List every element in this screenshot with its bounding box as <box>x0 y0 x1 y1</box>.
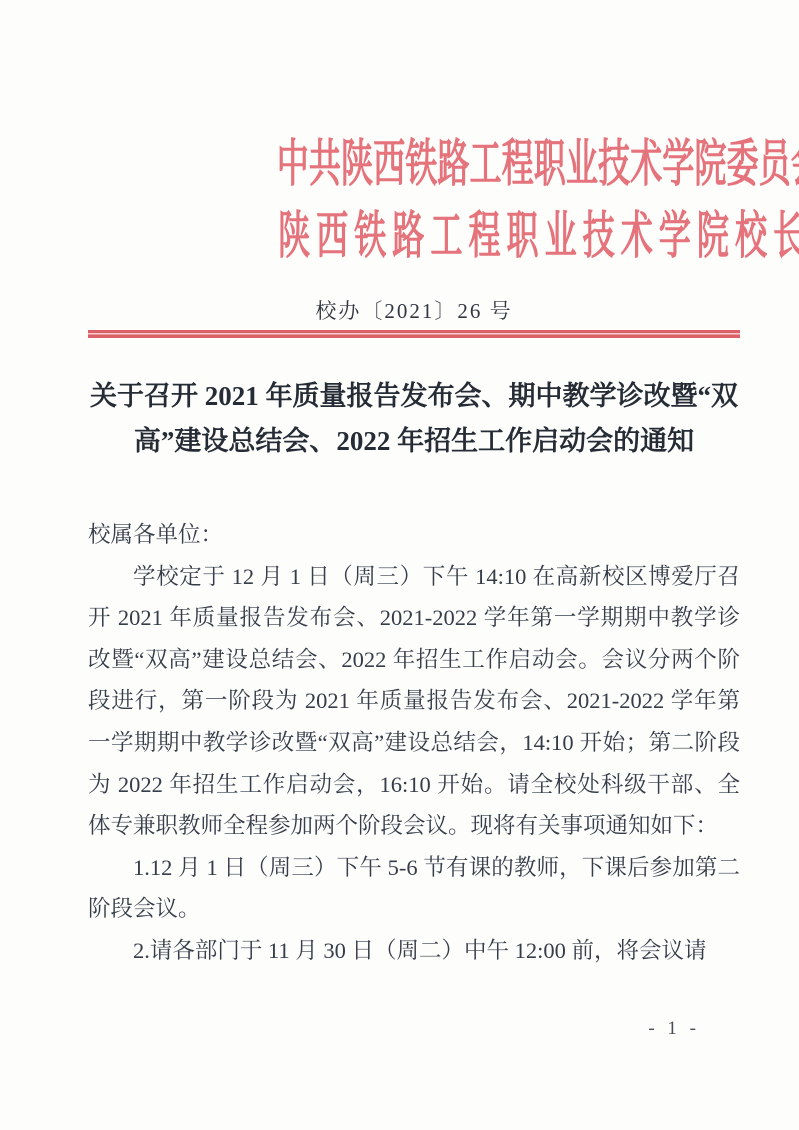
salutation: 校属各单位： <box>88 514 740 556</box>
paragraph-item-2: 2.请各部门于 11 月 30 日（周二）中午 12:00 前，将会议请 <box>88 930 740 972</box>
page-number: - 1 - <box>648 1018 700 1040</box>
red-letterhead: 中共陕西铁路工程职业技术学院委员会办公室 陕西铁路工程职业技术学院校长办公室 <box>88 140 740 274</box>
title-line-1: 关于召开 2021 年质量报告发布会、期中教学诊改暨“双 <box>88 374 740 419</box>
letterhead-line-2: 陕西铁路工程职业技术学院校长办公室 <box>88 212 740 274</box>
document-number: 校办〔2021〕26 号 <box>88 298 740 324</box>
document-content: 中共陕西铁路工程职业技术学院委员会办公室 陕西铁路工程职业技术学院校长办公室 校… <box>0 0 799 972</box>
document-page: 中共陕西铁路工程职业技术学院委员会办公室 陕西铁路工程职业技术学院校长办公室 校… <box>0 0 799 1130</box>
paragraph-main: 学校定于 12 月 1 日（周三）下午 14:10 在高新校区博爱厅召开 202… <box>88 556 740 847</box>
letterhead-line-1: 中共陕西铁路工程职业技术学院委员会办公室 <box>88 140 740 202</box>
paragraph-item-1: 1.12 月 1 日（周三）下午 5-6 节有课的教师，下课后参加第二阶段会议。 <box>88 847 740 930</box>
title-line-2: 高”建设总结会、2022 年招生工作启动会的通知 <box>88 419 740 464</box>
red-divider-rule <box>88 330 740 338</box>
letterhead-line-1-text: 中共陕西铁路工程职业技术学院委员会办公室 <box>277 140 799 191</box>
letterhead-line-2-text: 陕西铁路工程职业技术学院校长办公室 <box>278 212 799 263</box>
document-body: 校属各单位： 学校定于 12 月 1 日（周三）下午 14:10 在高新校区博爱… <box>88 514 740 972</box>
document-title: 关于召开 2021 年质量报告发布会、期中教学诊改暨“双 高”建设总结会、202… <box>88 374 740 464</box>
